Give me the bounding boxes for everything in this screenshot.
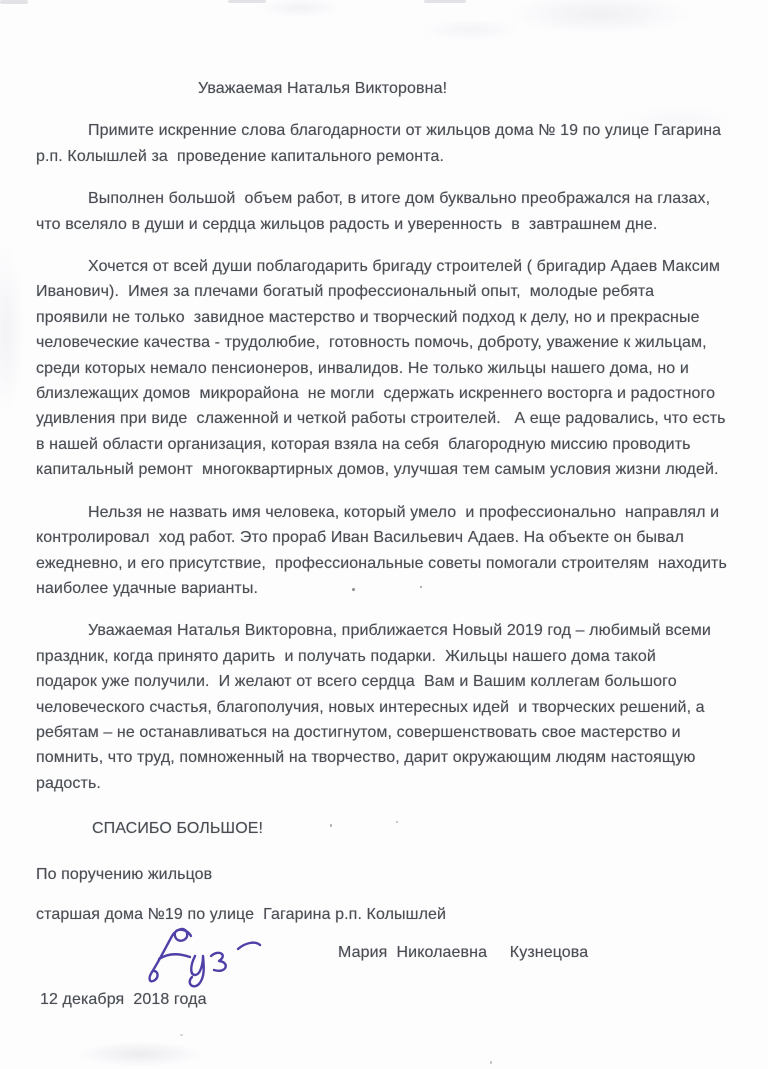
scan-speck	[180, 1034, 183, 1036]
scan-speck	[420, 586, 422, 588]
sender-name-line: Мария Николаевна Кузнецова	[338, 940, 746, 965]
sender-role-line: старшая дома №19 по улице Гагарина р.п. …	[36, 902, 746, 927]
paragraph-work-volume: Выполнен большой объем работ, в итоге до…	[36, 186, 746, 237]
on-behalf-line: По поручению жильцов	[36, 862, 746, 887]
big-thanks-line: СПАСИБО БОЛЬШОЕ!	[92, 816, 746, 841]
scan-speck	[396, 821, 398, 823]
greeting-line: Уважаемая Наталья Викторовна!	[198, 76, 746, 101]
scan-speck	[330, 824, 332, 827]
paragraph-thanks-for-repair: Примите искренние слова благодарности от…	[36, 118, 746, 169]
paragraph-brigade-praise: Хочется от всей души поблагодарить брига…	[36, 254, 746, 483]
scanned-letter-page: Уважаемая Наталья Викторовна! Примите ис…	[0, 0, 768, 1069]
scan-speck	[490, 1061, 492, 1064]
scan-speck	[352, 588, 355, 591]
paragraph-new-year-wishes: Уважаемая Наталья Викторовна, приближает…	[36, 618, 746, 796]
letter-date-line: 12 декабря 2018 года	[40, 987, 746, 1012]
paragraph-foreman-praise: Нельзя не назвать имя человека, который …	[36, 500, 746, 602]
signature-ink-icon	[146, 924, 266, 990]
letter-body: Уважаемая Наталья Викторовна! Примите ис…	[0, 0, 768, 1012]
